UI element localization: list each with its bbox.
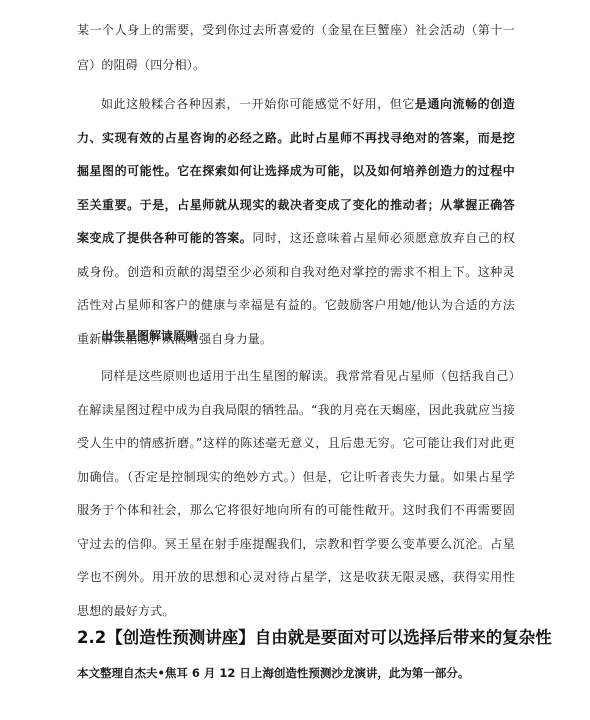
paragraph-text: 如此这般糅合各种因素，一开始你可能感觉不好用，但它 — [101, 97, 415, 111]
source-note: 本文整理自杰夫•焦耳 6 月 12 日上海创造性预测沙龙演讲，此为第一部分。 — [77, 665, 469, 681]
paragraph-birth-chart-reading: 同样是这些原则也适用于出生星图的解读。我常常看见占星师（包括我自己）在解读星图过… — [77, 360, 515, 628]
section-heading: 2.2【创造性预测讲座】自由就是要面对可以选择后带来的复杂性 — [77, 624, 552, 648]
paragraph-creative-consultation: 如此这般糅合各种因素，一开始你可能感觉不好用，但它是通向流畅的创造力、实现有效的… — [77, 88, 515, 356]
subheading-birth-chart-principles: 出生星图解读原则 — [101, 327, 197, 344]
paragraph-venus-cancer: 某一个人身上的需要，受到你过去所喜爱的（金星在巨蟹座）社会活动（第十一宫）的阻碍… — [77, 13, 515, 83]
paragraph-bold-text: 是通向流畅的创造力、实现有效的占星咨询的必经之路。此时占星师不再找寻绝对的答案，… — [77, 97, 515, 245]
